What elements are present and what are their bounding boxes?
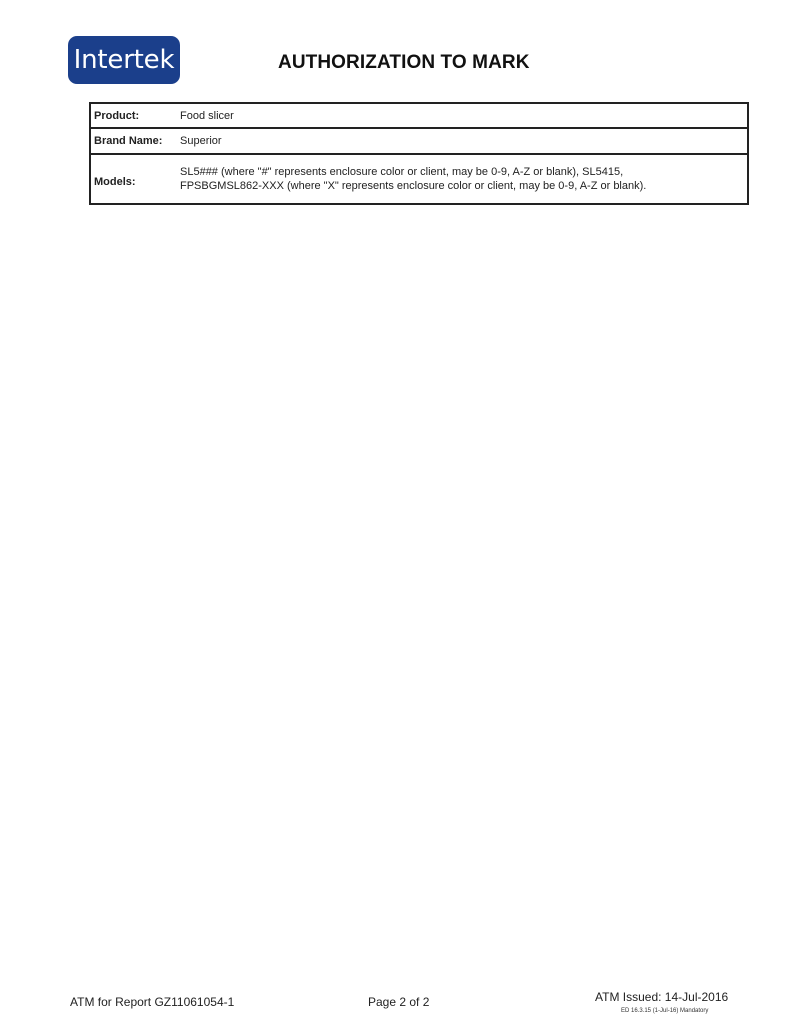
table-row-models: Models: SL5### (where "#" represents enc… [90, 154, 748, 204]
logo-text: Intertek [74, 45, 175, 75]
product-info-table: Product: Food slicer Brand Name: Superio… [89, 102, 749, 205]
models-label: Models: [90, 154, 175, 204]
footer-report-number: ATM for Report GZ11061054-1 [70, 995, 234, 1009]
models-line-1: SL5### (where "#" represents enclosure c… [180, 165, 744, 179]
brand-label: Brand Name: [90, 128, 175, 154]
table-row-brand: Brand Name: Superior [90, 128, 748, 154]
footer-edition: ED 16.3.15 (1-Jul-16) Mandatory [621, 1008, 708, 1014]
models-value: SL5### (where "#" represents enclosure c… [175, 154, 748, 204]
product-label: Product: [90, 103, 175, 128]
brand-value: Superior [175, 128, 748, 154]
document-title: AUTHORIZATION TO MARK [278, 52, 530, 74]
intertek-logo: Intertek [68, 36, 180, 84]
product-value: Food slicer [175, 103, 748, 128]
table-row-product: Product: Food slicer [90, 103, 748, 128]
footer-page-number: Page 2 of 2 [368, 995, 429, 1009]
models-line-2: FPSBGMSL862-XXX (where "X" represents en… [180, 179, 744, 193]
footer-issued-date: ATM Issued: 14-Jul-2016 [595, 990, 728, 1004]
